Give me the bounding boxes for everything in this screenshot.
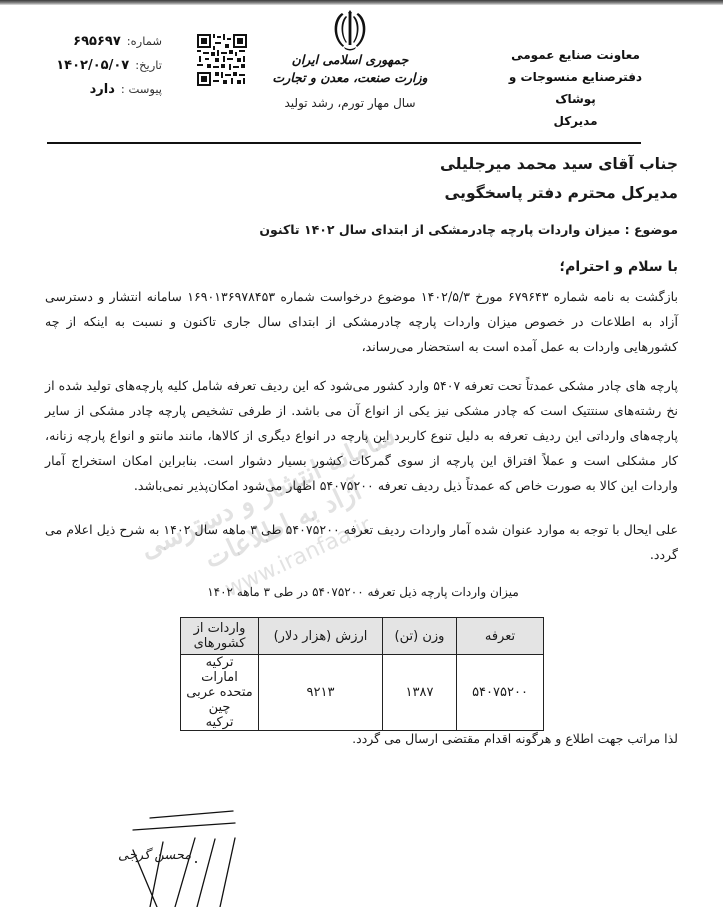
letter-attachment-label: پیوست :	[121, 82, 162, 96]
country-item: ترکیه	[185, 655, 254, 670]
deputy-name: معاونت صنایع عمومی	[488, 44, 663, 66]
body-paragraph-1: بازگشت به نامه شماره ۶۷۹۶۴۳ مورخ ۱۴۰۲/۵/…	[45, 284, 678, 359]
sender-department: معاونت صنایع عمومی دفترصنایع منسوجات و پ…	[488, 44, 663, 132]
government-name: جمهوری اسلامی ایران	[270, 51, 430, 69]
closing-sentence: لذا مراتب جهت اطلاع و هرگونه اقدام مقتضی…	[278, 731, 678, 746]
country-item: ترکیه	[185, 715, 254, 730]
country-item: چین	[185, 700, 254, 715]
cell-tariff: ۵۴۰۷۵۲۰۰	[457, 655, 544, 731]
letter-date-label: تاریخ:	[135, 58, 162, 72]
iran-emblem-icon	[330, 7, 370, 51]
letter-attachment-value: دارد	[90, 82, 115, 97]
cell-value: ۹۲۱۳	[259, 655, 383, 731]
letter-subject: موضوع : میزان واردات پارچه چادرمشکی از ا…	[78, 222, 678, 237]
letterhead-emblem: جمهوری اسلامی ایران وزارت صنعت، معدن و ت…	[270, 7, 430, 110]
letter-meta: شماره: ۶۹۵۶۹۷ تاریخ: ۱۴۰۲/۰۵/۰۷ پیوست : …	[40, 34, 162, 106]
qr-code-icon	[197, 34, 247, 86]
header-divider	[47, 142, 641, 144]
header-value: ارزش (هزار دلار)	[259, 618, 383, 655]
ministry-name: وزارت صنعت، معدن و تجارت	[270, 69, 430, 87]
table-row: ۵۴۰۷۵۲۰۰ ۱۳۸۷ ۹۲۱۳ ترکیه امارات متحده عر…	[181, 655, 544, 731]
header-tariff: تعرفه	[457, 618, 544, 655]
letter-number-value: ۶۹۵۶۹۷	[73, 34, 121, 49]
body-paragraph-2: پارچه های چادر مشکی عمدتاً تحت تعرفه ۵۴۰…	[45, 373, 678, 498]
addressee: جناب آقای سید محمد میرجلیلی مدیرکل محترم…	[258, 150, 678, 208]
table-header-row: تعرفه وزن (تن) ارزش (هزار دلار) واردات ا…	[181, 618, 544, 655]
letter-number-label: شماره:	[127, 34, 162, 48]
addressee-name: جناب آقای سید محمد میرجلیلی	[258, 150, 678, 179]
header-countries: واردات از کشورهای	[181, 618, 259, 655]
page-top-border	[0, 0, 723, 5]
country-item: امارات متحده عربی	[185, 670, 254, 700]
letter-attachment-row: پیوست : دارد	[40, 82, 162, 106]
sender-title: مدیرکل	[488, 110, 663, 132]
imports-table: تعرفه وزن (تن) ارزش (هزار دلار) واردات ا…	[180, 617, 544, 731]
addressee-title: مدیرکل محترم دفتر پاسخگویی	[258, 179, 678, 208]
letter-date-value: ۱۴۰۲/۰۵/۰۷	[56, 58, 129, 73]
table-caption: میزان واردات پارچه ذیل تعرفه ۵۴۰۷۵۲۰۰ در…	[180, 585, 546, 599]
greeting: با سلام و احترام؛	[378, 259, 678, 275]
cell-weight: ۱۳۸۷	[383, 655, 457, 731]
cell-countries: ترکیه امارات متحده عربی چین ترکیه	[181, 655, 259, 731]
signatory-name: محسن گرجی	[118, 848, 191, 863]
body-paragraph-3: علی ایحال با توجه به موارد عنوان شده آما…	[45, 517, 678, 567]
letter-number-row: شماره: ۶۹۵۶۹۷	[40, 34, 162, 58]
letter-date-row: تاریخ: ۱۴۰۲/۰۵/۰۷	[40, 58, 162, 82]
office-name: دفترصنایع منسوجات و پوشاک	[488, 66, 663, 110]
year-motto: سال مهار تورم، رشد تولید	[270, 96, 430, 110]
header-weight: وزن (تن)	[383, 618, 457, 655]
